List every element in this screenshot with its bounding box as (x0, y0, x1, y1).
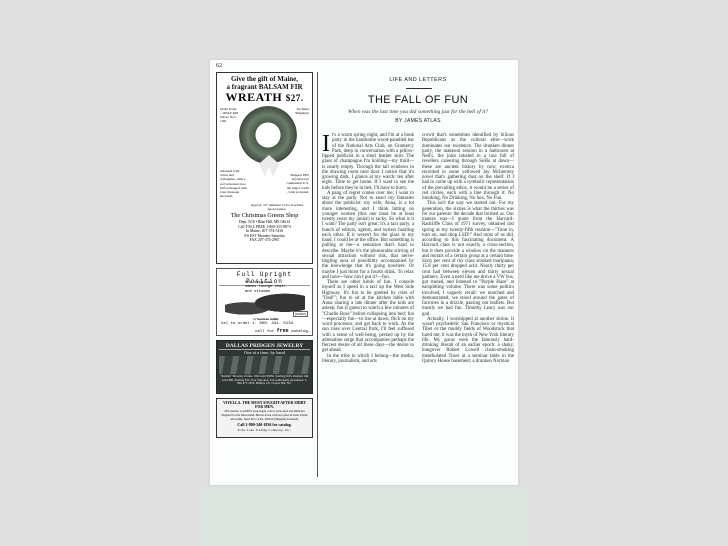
jewelry-ad-tagline: One at a time, by hand (219, 350, 310, 355)
wreath-order-early: Order Early – ONLY $26 before Nov. 15th (220, 107, 238, 123)
paragraph: It's a warm spring night, and I'm at a b… (322, 133, 414, 191)
paragraph: This isn't the way we started out. For m… (422, 201, 514, 317)
wreath-shipping-note: Includes Shipping! (293, 107, 309, 115)
page-number: 62 (216, 63, 222, 69)
wreath-price: $27. (286, 93, 304, 103)
page-shadow (200, 486, 528, 546)
wreath-ad: Give the gift of Maine, a fragrant BALSA… (216, 72, 313, 264)
viyella-body: 20% merino wool/80% long-staple cotton, … (219, 410, 310, 421)
shop-fax: FAX 207-374-2967 (217, 238, 312, 243)
drop-cap: I (322, 134, 330, 154)
viyella-call: Call 1-800-340-1836 for catalog. (219, 422, 310, 427)
wreath-description: Adorned with cones and crabapples, with … (220, 169, 248, 198)
ads-column: Give the gift of Maine, a fragrant BALSA… (216, 72, 313, 442)
wreath-size-note: Approx. 22" diameter Color brochure upon… (247, 203, 307, 211)
wreath-image (239, 106, 297, 164)
article-headline: THE FALL OF FUN (322, 94, 514, 106)
article-dek: When was the last time you did something… (322, 109, 514, 115)
viyella-title: VIYELLA. THE MOST SOUGHT-AFTER SHIRT FOR… (219, 401, 310, 409)
article-column-1: It's a warm spring night, and I'm at a b… (322, 133, 414, 364)
wreath-headline-1: Give the gift of Maine, (219, 75, 310, 83)
paragraph: There are other kinds of fun, I console … (322, 280, 414, 354)
viyella-company: Echo Lake Trading Company, Inc. (219, 428, 310, 432)
article: LIFE AND LETTERS THE FALL OF FUN When wa… (322, 60, 514, 485)
wreath-title: WREATH $27. (219, 91, 310, 105)
article-column-2: crowd that's sometimes identified by bil… (422, 133, 514, 364)
chair-maker: by herman miller (253, 317, 279, 321)
section-rule (406, 88, 432, 89)
magazine-page: 62 Give the gift of Maine, a fragrant BA… (210, 60, 518, 485)
column-divider (317, 72, 318, 477)
paragraph: A pang of regret comes over me; I want t… (322, 191, 414, 280)
chair-order-phone: tel to order 1. 800. 431. 5134 (221, 322, 293, 326)
eames-chair-ad: Full Upright Position the original eames… (216, 268, 313, 336)
chair-catalog-call: call for free catalog. (255, 328, 310, 334)
jewelry-ad-title: DALLAS PRIDGEN JEWELRY (219, 343, 310, 350)
section-label: LIFE AND LETTERS (322, 77, 514, 83)
article-byline: BY JAMES ATLAS (322, 118, 514, 124)
viyella-shirt-ad: VIYELLA. THE MOST SOUGHT-AFTER SHIRT FOR… (216, 398, 313, 438)
rabbit-bracelet-image (219, 356, 310, 374)
paragraph: In the tribe to which I belong—the media… (322, 354, 414, 365)
wreath-shop-info: The Christmas Greens Shop Dept. N18 • Bl… (217, 213, 312, 243)
wreath-shipping-details: Shipped UPS anywhere in continental U.S.… (283, 173, 309, 194)
paragraph: crowd that's sometimes identified by bil… (422, 133, 514, 201)
dallas-pridgen-jewelry-ad: DALLAS PRIDGEN JEWELRY One at a time, by… (216, 340, 313, 394)
chair-price: [$2600] (293, 311, 308, 317)
paragraph: Actually, I worshipped at another shrine… (422, 317, 514, 364)
shop-name: The Christmas Greens Shop (217, 213, 312, 220)
jewelry-ad-text: "Rabbits" Bracelet, 9 links. 18K Gold $3… (219, 375, 310, 386)
